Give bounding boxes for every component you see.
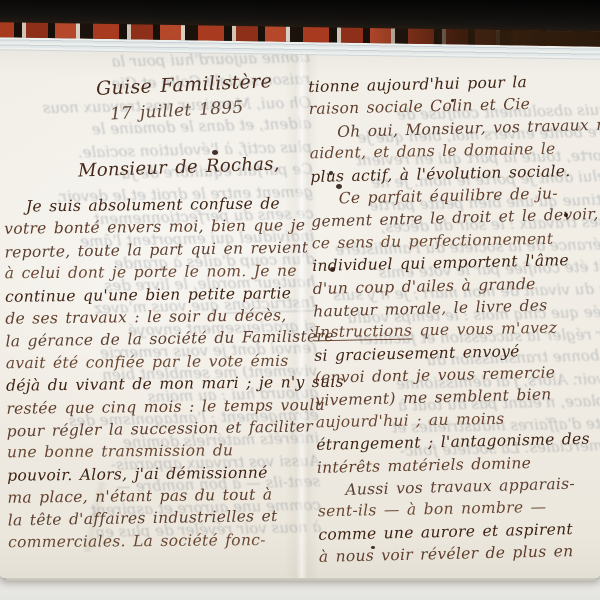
left-page-text: Je suis absolument confuse devotre bonté…: [4, 194, 304, 556]
book-binding: [0, 0, 600, 73]
ink-spot: [330, 267, 335, 272]
ink-spot: [212, 150, 218, 155]
right-page-text: tionne aujourd'hui pour laraison sociale…: [308, 70, 600, 570]
ink-spot: [564, 213, 568, 217]
ink-spot: [329, 171, 333, 175]
left-page: Guise Familistère 17 juillet 1895 Monsie…: [4, 44, 300, 578]
handwritten-line: avait été confiée par le vote émis: [6, 351, 302, 376]
right-page: tionne aujourd'hui pour laraison sociale…: [300, 44, 600, 578]
ink-spot: [336, 184, 342, 189]
underlined-word: Instructions: [314, 322, 413, 342]
ink-spot: [371, 546, 375, 549]
letter-pages: tionne aujourd'hui pour laraison sociale…: [0, 44, 600, 578]
letter-place: Guise Familistère: [96, 70, 273, 100]
handwritten-line: à celui dont je porte le nom. Je ne: [5, 262, 301, 287]
handwritten-line: une bonne transmission du: [7, 441, 303, 466]
handwritten-line: commerciales. La société fonc-: [8, 531, 304, 556]
salutation: Monsieur de Rochas,: [78, 153, 280, 181]
letter-photograph: tionne aujourd'hui pour laraison sociale…: [0, 0, 600, 600]
ink-spot: [451, 99, 454, 102]
letter-date: 17 juillet 1895: [110, 98, 245, 125]
